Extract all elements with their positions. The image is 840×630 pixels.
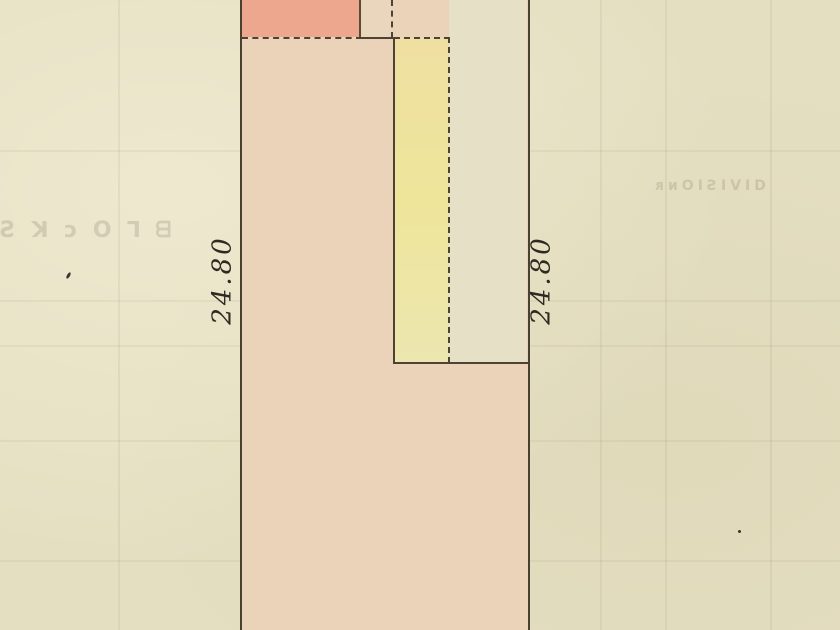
lot-boundary bbox=[393, 362, 528, 364]
bleed-through-line bbox=[665, 0, 667, 630]
dashed-boundary bbox=[448, 37, 450, 363]
bleed-through-text: Ƨ ꓘ ɔ O ꓶ ᗺ bbox=[0, 218, 175, 243]
dashed-boundary bbox=[394, 37, 450, 39]
unshaded-strip bbox=[362, 0, 392, 38]
salmon-lot bbox=[242, 0, 361, 37]
bleed-through-text: ᴙᴎOIƧIVID bbox=[655, 178, 770, 194]
ink-speck bbox=[738, 530, 741, 533]
lot-boundary bbox=[393, 37, 395, 364]
dimension-label-right: 24.80 bbox=[527, 235, 557, 324]
dashed-boundary bbox=[391, 0, 393, 38]
bleed-through-line bbox=[770, 0, 772, 630]
bleed-through-line bbox=[118, 0, 120, 630]
bleed-through-line bbox=[600, 0, 602, 630]
unshaded-area bbox=[449, 0, 527, 363]
dashed-boundary bbox=[242, 37, 362, 39]
dimension-label-left: 24.80 bbox=[208, 235, 238, 324]
yellow-lot bbox=[394, 38, 449, 363]
lot-boundary bbox=[360, 37, 394, 39]
